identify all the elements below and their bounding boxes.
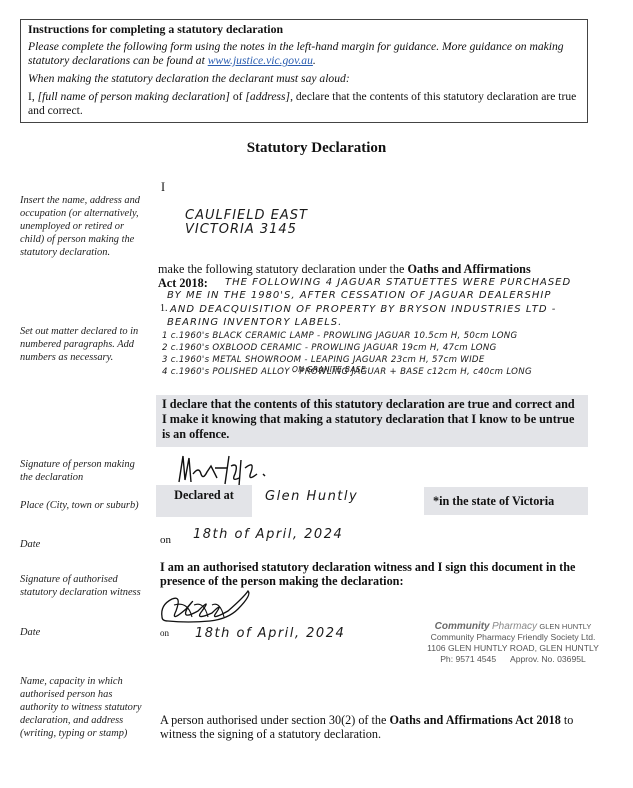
margin-note-date: Date <box>20 538 150 551</box>
statement-line-1[interactable]: BY ME IN THE 1980'S, AFTER CESSATION OF … <box>167 289 627 302</box>
margin-note-matter: Set out matter declared to in numbered p… <box>20 325 150 364</box>
stamp-brand-2: Pharmacy <box>492 621 537 632</box>
item-1: 1 c.1960's BLACK CERAMIC LAMP - PROWLING… <box>162 330 632 342</box>
witness-signature[interactable] <box>158 587 258 625</box>
oath-prefix: I, <box>28 90 35 103</box>
stamp-location: GLEN HUNTLY <box>539 622 591 631</box>
margin-note-witness-signature: Signature of authorised statutory declar… <box>20 573 150 599</box>
paragraph-number: 1. <box>160 302 168 316</box>
instructions-guidance: Please complete the following form using… <box>28 40 580 68</box>
page-title: Statutory Declaration <box>0 140 633 157</box>
witness-statement: I am an authorised statutory declaration… <box>160 560 580 588</box>
authorised-text-1: A person authorised under section 30(2) … <box>160 713 386 727</box>
oath-address-placeholder: [address] <box>245 90 290 103</box>
stamp-line-2: Community Pharmacy Friendly Society Ltd. <box>408 632 618 643</box>
declarant-signature[interactable] <box>175 452 270 488</box>
guidance-end: . <box>313 54 316 67</box>
make-statement: make the following statutory declaration… <box>158 262 598 276</box>
authorised-act-year: 2018 <box>536 713 560 727</box>
on-label: on <box>160 533 171 547</box>
authorised-statement: A person authorised under section 30(2) … <box>160 713 600 741</box>
make-text: make the following statutory declaration… <box>158 262 404 276</box>
stamp-approval: Approv. No. 03695L <box>510 654 586 664</box>
act-name: Oaths and Affirmations <box>407 262 530 276</box>
state-label: *in the state of Victoria <box>424 487 588 515</box>
declared-at-label: Declared at <box>156 485 252 517</box>
instructions-aloud: When making the statutory declaration th… <box>28 72 580 86</box>
margin-note-witness-capacity: Name, capacity in which authorised perso… <box>20 675 152 740</box>
oath-of: of <box>233 90 243 103</box>
stamp-line-3: 1106 GLEN HUNTLY ROAD, GLEN HUNTLY <box>408 643 618 654</box>
address-line-2: VICTORIA 3145 <box>185 223 308 237</box>
margin-note-name-address: Insert the name, address and occupation … <box>20 194 150 259</box>
statement-line-2[interactable]: AND DEACQUISITION OF PROPERTY BY BRYSON … <box>170 303 630 316</box>
oath-name-placeholder: [full name of person making declaration] <box>38 90 230 103</box>
item-3-note: ON GRANITE BASE <box>292 365 366 374</box>
items-list[interactable]: 1 c.1960's BLACK CERAMIC LAMP - PROWLING… <box>162 330 632 378</box>
instructions-heading: Instructions for completing a statutory … <box>28 22 580 36</box>
stamp-line-1: Community Pharmacy GLEN HUNTLY <box>408 621 618 632</box>
statement-line-0[interactable]: THE FOLLOWING 4 JAGUAR STATUETTES WERE P… <box>225 276 625 289</box>
stamp-line-4: Ph: 9571 4545 Approv. No. 03695L <box>408 654 618 665</box>
declared-at-value[interactable]: Glen Huntly <box>265 489 358 504</box>
item-4: 4 c.1960's POLISHED ALLOY - PROWLING JAG… <box>162 366 632 378</box>
instructions-oath: I, [full name of person making declarati… <box>28 90 580 118</box>
declaration-date[interactable]: 18th of April, 2024 <box>193 527 343 542</box>
witness-date[interactable]: 18th of April, 2024 <box>195 626 345 641</box>
stamp-brand: Community <box>435 621 490 632</box>
margin-note-place: Place (City, town or suburb) <box>20 499 150 512</box>
address-line-1: CAULFIELD EAST <box>185 209 308 223</box>
stamp-phone: Ph: 9571 4545 <box>440 654 496 664</box>
item-3: 3 c.1960's METAL SHOWROOM - LEAPING JAGU… <box>162 354 632 366</box>
item-2: 2 c.1960's OXBLOOD CERAMIC - PROWLING JA… <box>162 342 632 354</box>
i-label: I <box>161 180 165 194</box>
instructions-box: Instructions for completing a statutory … <box>20 19 588 123</box>
witness-on-label: on <box>160 626 169 640</box>
margin-note-signature: Signature of person making the declarati… <box>20 458 150 484</box>
margin-note-witness-date: Date <box>20 626 150 639</box>
handwritten-address[interactable]: CAULFIELD EAST VICTORIA 3145 <box>185 209 308 237</box>
pharmacy-stamp: Community Pharmacy GLEN HUNTLY Community… <box>408 621 618 665</box>
statement-line-3[interactable]: BEARING INVENTORY LABELS. <box>167 316 342 329</box>
justice-link[interactable]: www.justice.vic.gov.au <box>208 54 313 67</box>
authorised-act-name: Oaths and Affirmations Act <box>389 713 533 727</box>
declaration-statement: I declare that the contents of this stat… <box>156 395 588 447</box>
act-year: Act 2018: <box>158 276 208 290</box>
